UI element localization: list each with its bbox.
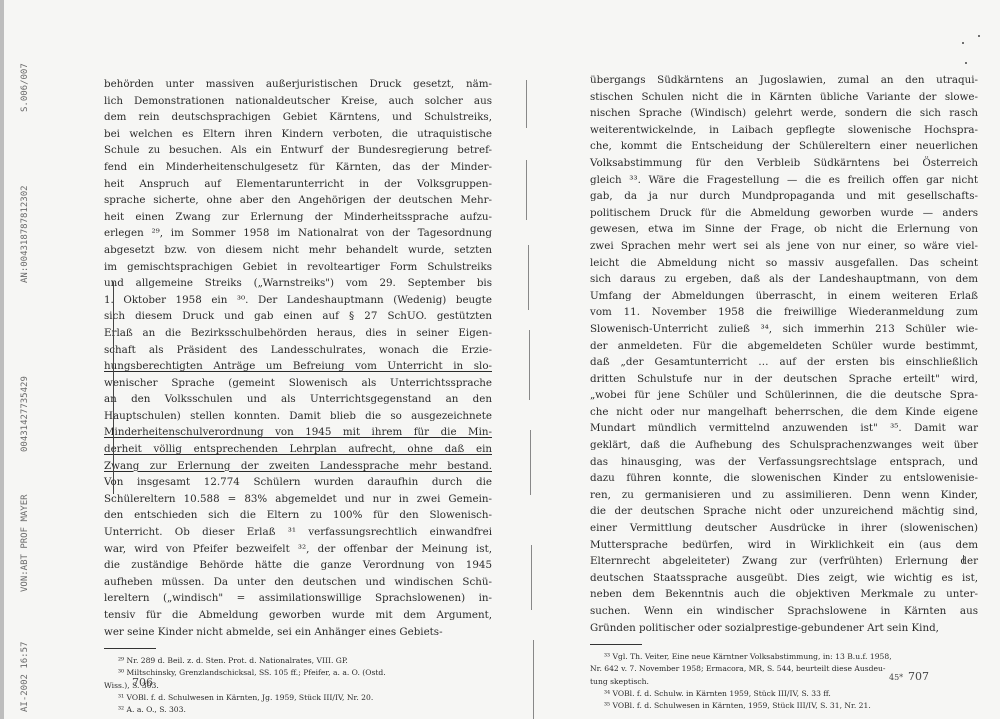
text-line: sich diesem Druck und gab einen auf § 27… [104, 308, 492, 325]
text-line: gleich ³³. Wäre die Fragestellung — die … [590, 172, 978, 189]
text-line: Elternrecht abgeleiteter) Zwang zur (ver… [590, 553, 978, 570]
right-page: übergangs Südkärntens an Jugoslawien, zu… [590, 72, 978, 712]
text-line: an den Volksschulen und als Unterrichtsg… [104, 391, 492, 408]
fax-recipient: AN:004318787812302 [20, 185, 30, 283]
text-line: stischen Schulen nicht die in Kärnten üb… [590, 89, 978, 106]
text-line: sich daraus zu ergeben, daß als der Land… [590, 271, 978, 288]
text-line: geklärt, daß die Aufhebung des Schulspra… [590, 437, 978, 454]
text-line: Slowenisch-Unterricht zuließ ³⁴, sich im… [590, 321, 978, 338]
gutter-mark [526, 80, 527, 128]
margin-annotation-bar [113, 282, 114, 494]
text-line: das hinausging, was der Verfassungsrecht… [590, 454, 978, 471]
text-line: neben dem Bekenntnis auch die objektiven… [590, 586, 978, 603]
footnote: ²⁹ Nr. 289 d. Beil. z. d. Sten. Prot. d.… [104, 655, 492, 667]
text-line: und allgemeine Streiks („Warnstreiks") v… [104, 275, 492, 292]
gutter-mark [531, 545, 532, 610]
text-line: behörden unter massiven außerjuristische… [104, 76, 492, 93]
text-line: gab, da ja nur durch Mundpropaganda und … [590, 188, 978, 205]
text-line: der anmeldeten. Für die abgemeldeten Sch… [590, 338, 978, 355]
footnote: ³² A. a. O., S. 303. [104, 704, 492, 716]
text-line: erlegen ²⁹, im Sommer 1958 im Nationalra… [104, 225, 492, 242]
left-footnotes: ²⁹ Nr. 289 d. Beil. z. d. Sten. Prot. d.… [104, 655, 492, 716]
text-line: Von insgesamt 12.774 Schülern wurden dar… [104, 474, 492, 491]
text-line: lereltern („windisch" = assimilationswil… [104, 590, 492, 607]
gutter-mark [526, 160, 527, 220]
text-line: 1. Oktober 1958 ein ³⁰. Der Landeshauptm… [104, 292, 492, 309]
text-line: die der deutschen Sprache nicht oder unz… [590, 503, 978, 520]
text-line: dritten Schulstufe nur in der deutschen … [590, 371, 978, 388]
fax-number: 00431427735429 [20, 376, 30, 452]
text-line: den entschieden sich die Eltern zu 100% … [104, 507, 492, 524]
text-line: deutschen Staatssprache ausgeübt. Dies z… [590, 570, 978, 587]
footnote-divider [590, 644, 642, 645]
footnote: ³⁵ VOBl. f. d. Schulwesen in Kärnten, 19… [590, 700, 978, 712]
text-line: daß „der Gesamtunterricht … auf der erst… [590, 354, 978, 371]
gutter-mark [528, 245, 529, 310]
text-line: Hauptschulen) stellen konnten. Damit bli… [104, 408, 492, 425]
text-line: sprache sicherte, ohne aber den Angehöri… [104, 192, 492, 209]
text-line: „wobei für jene Schüler und Schülerinnen… [590, 387, 978, 404]
fax-header: AI-2002 16:57 VON:ABT PROF MAYER 0043142… [0, 0, 40, 719]
text-line: fend ein Minderheitenschulgesetz für Kär… [104, 159, 492, 176]
text-line: che nicht oder nur mangelhaft beherrsche… [590, 404, 978, 421]
left-page: behörden unter massiven außerjuristische… [104, 76, 492, 716]
gutter-mark [533, 640, 534, 719]
gutter-mark [529, 330, 530, 400]
right-page-body: übergangs Südkärntens an Jugoslawien, zu… [590, 72, 978, 636]
text-line: einer Vermittlung deutscher Ausdrücke in… [590, 520, 978, 537]
text-line: heit einen Zwang zur Erlernung der Minde… [104, 209, 492, 226]
text-line: dazu führen konnte, die slowenischen Kin… [590, 470, 978, 487]
footnote-divider [104, 648, 156, 649]
right-page-number: 707 [908, 670, 929, 683]
text-line: wer seine Kinder nicht abmelde, sei ein … [104, 624, 492, 641]
text-line: heit Anspruch auf Elementarunterricht in… [104, 176, 492, 193]
text-line: politischem Druck für die Abmeldung gewo… [590, 205, 978, 222]
text-line: Erlaß an die Bezirksschulbehörden heraus… [104, 325, 492, 342]
underlined-text-line: hungsberechtigten Anträge um Befreiung v… [104, 358, 492, 375]
text-line: nischen Sprache (Windisch) gelehrt werde… [590, 105, 978, 122]
text-line: Volksabstimmung für den Verbleib Südkärn… [590, 155, 978, 172]
text-line: Mundart mündlich vermittelnd anzuwenden … [590, 420, 978, 437]
footnote: ³⁴ VOBl. f. d. Schulw. in Kärnten 1959, … [590, 688, 978, 700]
text-line: die zuständige Behörde hätte die ganze V… [104, 557, 492, 574]
text-line: ren, zu germanisieren und zu assimiliere… [590, 487, 978, 504]
text-line: dem rein deutschsprachigen Gebiet Kärnte… [104, 109, 492, 126]
left-page-body: behörden unter massiven außerjuristische… [104, 76, 492, 640]
signature-mark: 45* [889, 673, 903, 682]
text-line: zwei Sprachen mehr wert sei als jene von… [590, 238, 978, 255]
text-line: Schülereltern 10.588 = 83% abgemeldet un… [104, 491, 492, 508]
underlined-text-line: derheit völlig entsprechenden Lehrplan a… [104, 441, 492, 458]
text-line: Umfang der Abmeldungen überrascht, in ei… [590, 288, 978, 305]
text-line: suchen. Wenn ein windischer Sprachslowen… [590, 603, 978, 620]
left-page-number: 706 [132, 676, 153, 689]
footnote-continuation: Wiss.), S. 303. [104, 680, 492, 692]
scan-speck [963, 555, 964, 563]
text-line: Gründen politischer oder sozialprestige-… [590, 620, 978, 637]
text-line: aufheben müssen. Da unter den deutschen … [104, 574, 492, 591]
text-line: übergangs Südkärntens an Jugoslawien, zu… [590, 72, 978, 89]
text-line: war, wird von Pfeifer bezweifelt ³², der… [104, 541, 492, 558]
footnote: ³³ Vgl. Th. Veiter, Eine neue Kärntner V… [590, 651, 978, 663]
text-line: schaft als Präsident des Landesschulrate… [104, 342, 492, 359]
footnote: ³⁰ Miltschinsky, Grenzlandschicksal, SS.… [104, 667, 492, 679]
scan-speck [965, 62, 967, 64]
text-line: Unterricht. Ob dieser Erlaß ³¹ verfassun… [104, 524, 492, 541]
footnote: ³¹ VOBl. f. d. Schulwesen in Kärnten, Jg… [104, 692, 492, 704]
fax-page-counter: S.006/007 [20, 63, 30, 112]
fax-date-time: AI-2002 16:57 [20, 642, 30, 712]
text-line: gewesen, etwa im Sinne der Frage, ob nic… [590, 221, 978, 238]
underlined-text-line: Minderheitenschulverordnung von 1945 mit… [104, 424, 492, 441]
text-line: wenischer Sprache (gemeint Slowenisch al… [104, 375, 492, 392]
text-line: vom 11. November 1958 die freiwillige Wi… [590, 304, 978, 321]
text-line: bei welchen es Eltern ihren Kindern verb… [104, 126, 492, 143]
text-line: Schule zu besuchen. Als ein Entwurf der … [104, 142, 492, 159]
text-line: lich Demonstrationen nationaldeutscher K… [104, 93, 492, 110]
text-line: im gemischtsprachigen Gebiet in revoltea… [104, 259, 492, 276]
gutter-mark [530, 430, 531, 495]
text-line: leicht die Abmeldung nicht so massiv aus… [590, 255, 978, 272]
fax-sender: VON:ABT PROF MAYER [20, 494, 30, 592]
text-line: weiterentwickelnde, in Laibach gepflegte… [590, 122, 978, 139]
scan-speck [962, 42, 964, 44]
text-line: tensiv für die Abmeldung geworben wurde … [104, 607, 492, 624]
text-line: che, kommt die Entscheidung der Schülere… [590, 138, 978, 155]
text-line: abgesetzt bzw. von diesem nicht mehr beh… [104, 242, 492, 259]
text-line: Muttersprache bedürfen, wird in Wirklich… [590, 537, 978, 554]
underlined-text-line: Zwang zur Erlernung der zweiten Landessp… [104, 458, 492, 475]
scan-speck [978, 35, 980, 37]
